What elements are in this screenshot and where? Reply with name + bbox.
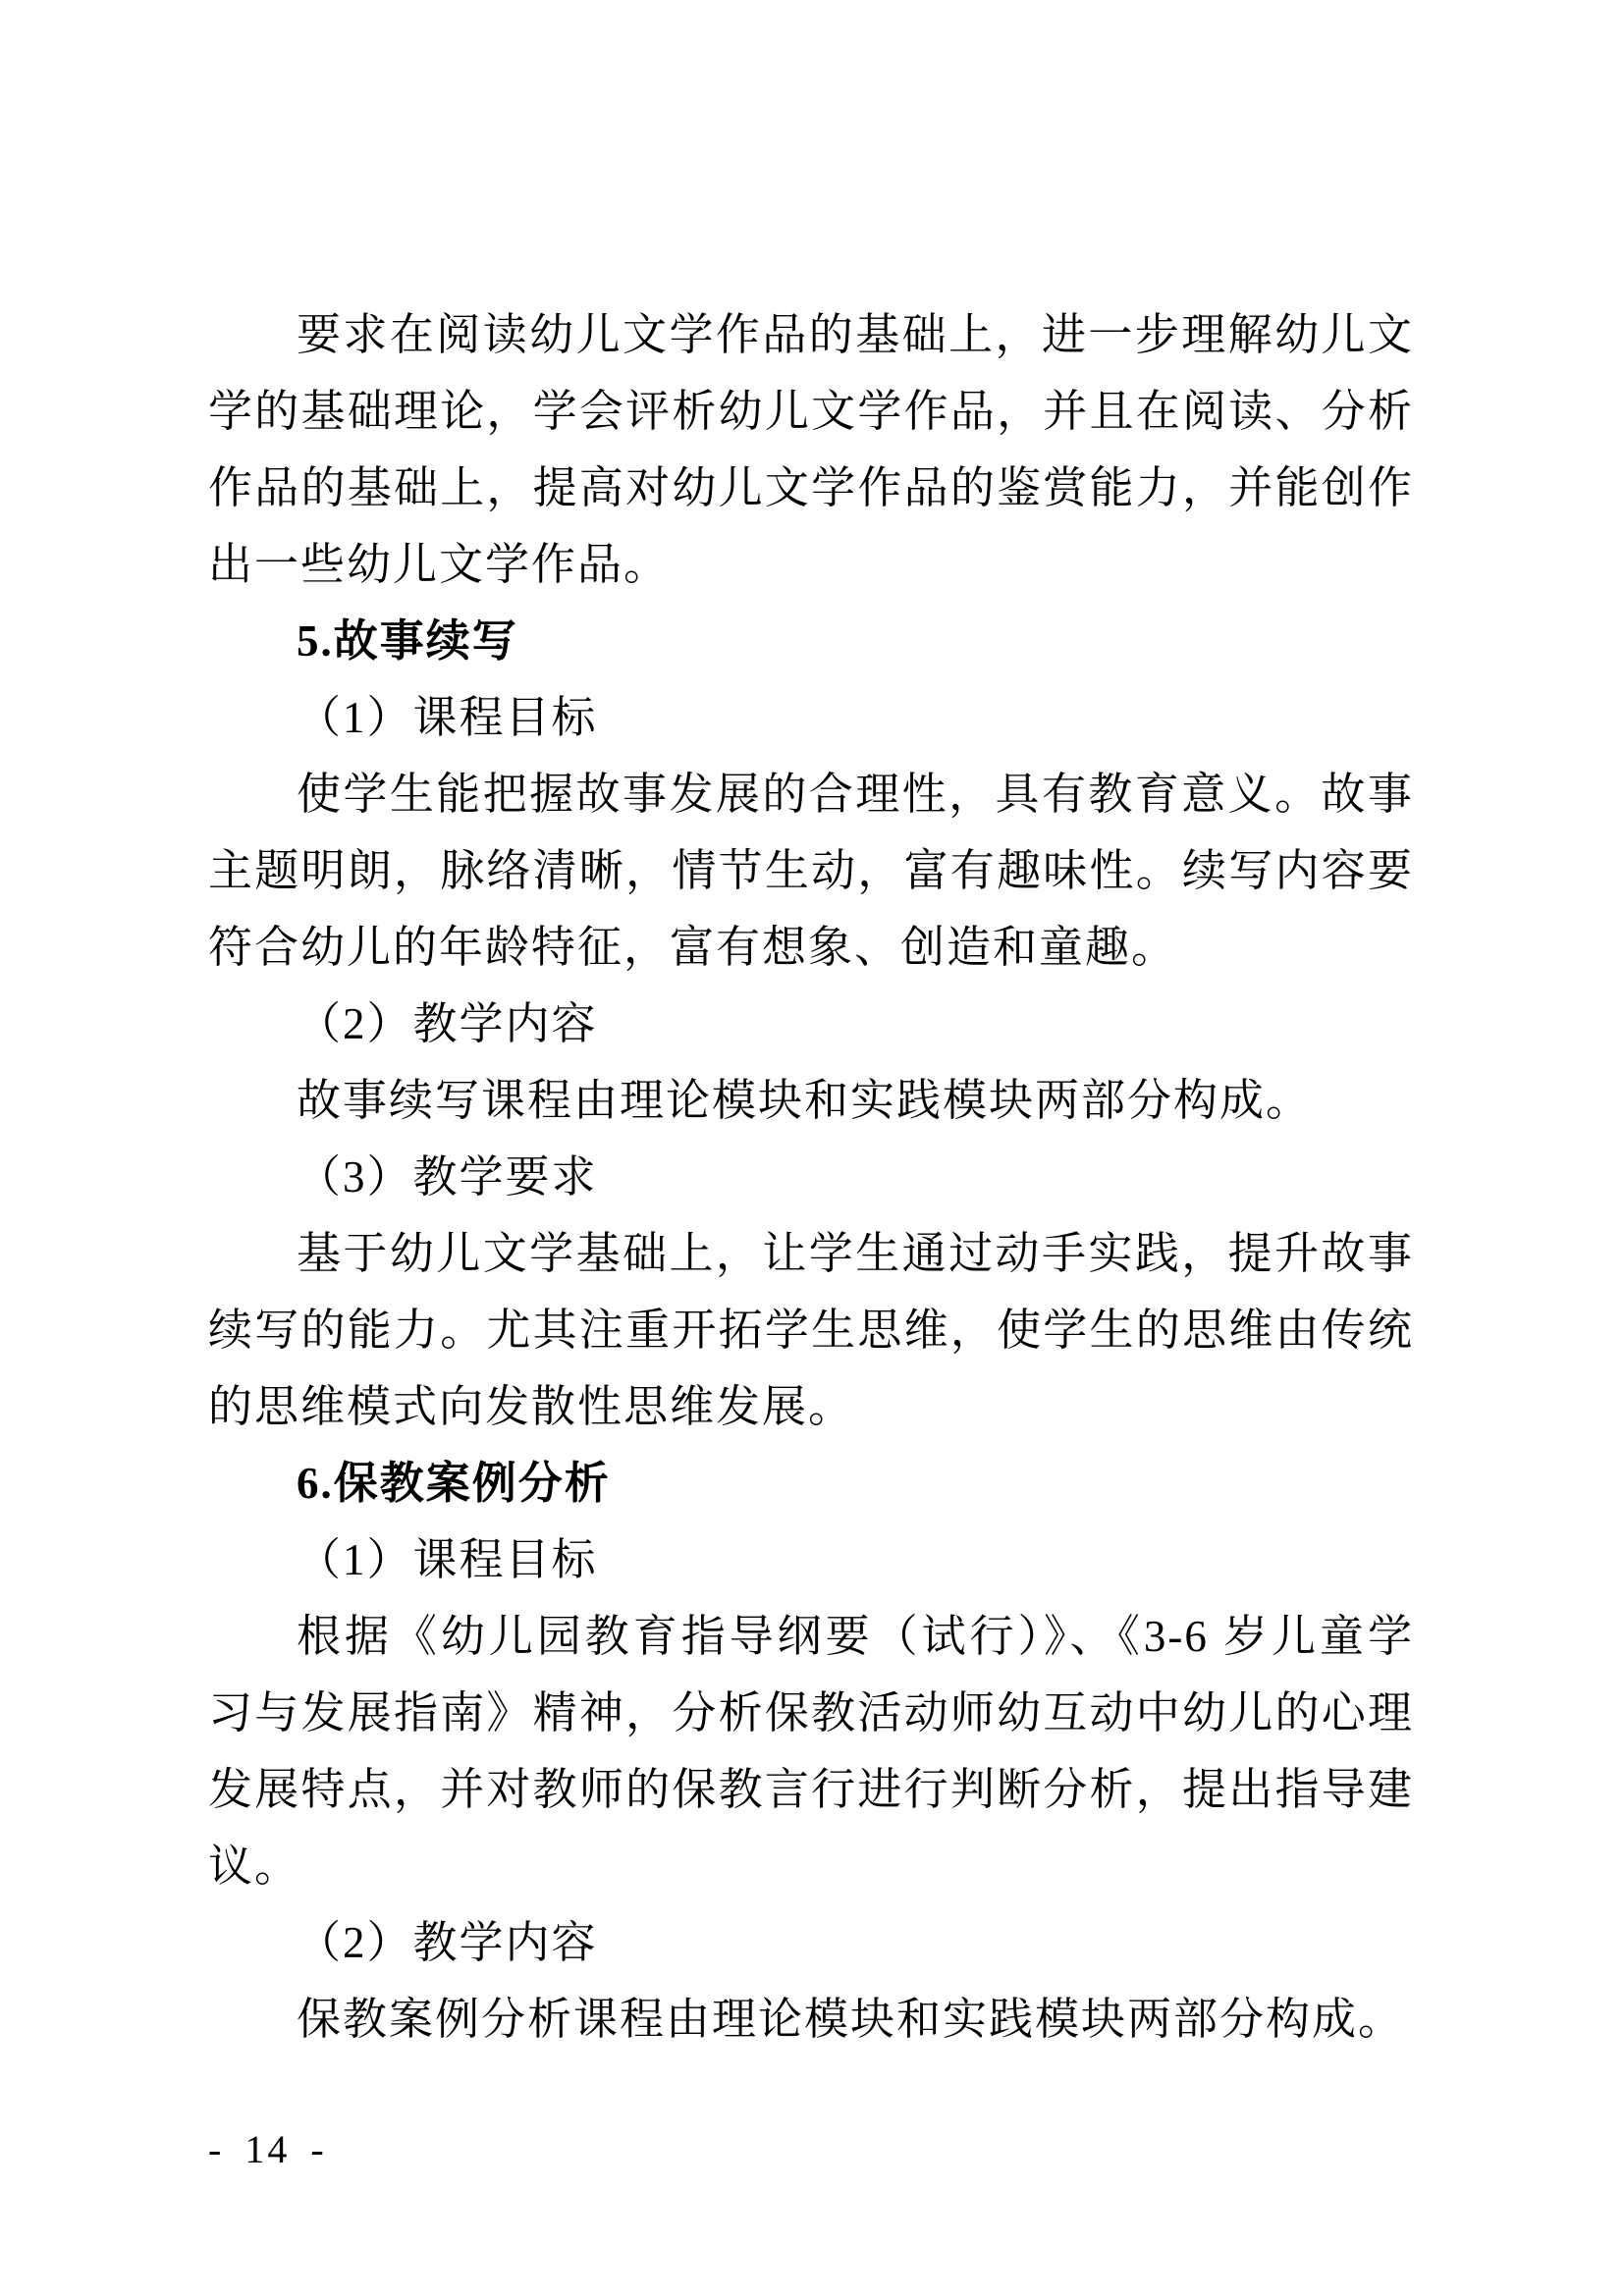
paragraph: 使学生能把握故事发展的合理性，具有教育意义。故事主题明朗，脉络清晰，情节生动，富… — [208, 756, 1414, 986]
paragraph: 保教案例分析课程由理论模块和实践模块两部分构成。 — [208, 1981, 1414, 2057]
paragraph: （3）教学要求 — [208, 1139, 1414, 1215]
paragraph: （2）教学内容 — [208, 1904, 1414, 1981]
section-heading: 5.故事续写 — [208, 603, 1414, 679]
paragraph: （2）教学内容 — [208, 986, 1414, 1062]
paragraph: （1）课程目标 — [208, 1522, 1414, 1598]
document-body: 要求在阅读幼儿文学作品的基础上，进一步理解幼儿文学的基础理论，学会评析幼儿文学作… — [208, 296, 1414, 2057]
section-heading: 6.保教案例分析 — [208, 1445, 1414, 1522]
paragraph: （1）课程目标 — [208, 679, 1414, 756]
document-page: 要求在阅读幼儿文学作品的基础上，进一步理解幼儿文学的基础理论，学会评析幼儿文学作… — [0, 0, 1624, 2296]
paragraph: 根据《幼儿园教育指导纲要（试行）》、《3-6 岁儿童学习与发展指南》精神，分析保… — [208, 1598, 1414, 1904]
paragraph: 故事续写课程由理论模块和实践模块两部分构成。 — [208, 1062, 1414, 1139]
page-number: - 14 - — [208, 2128, 327, 2171]
paragraph: 基于幼儿文学基础上，让学生通过动手实践，提升故事续写的能力。尤其注重开拓学生思维… — [208, 1215, 1414, 1445]
paragraph: 要求在阅读幼儿文学作品的基础上，进一步理解幼儿文学的基础理论，学会评析幼儿文学作… — [208, 296, 1414, 603]
